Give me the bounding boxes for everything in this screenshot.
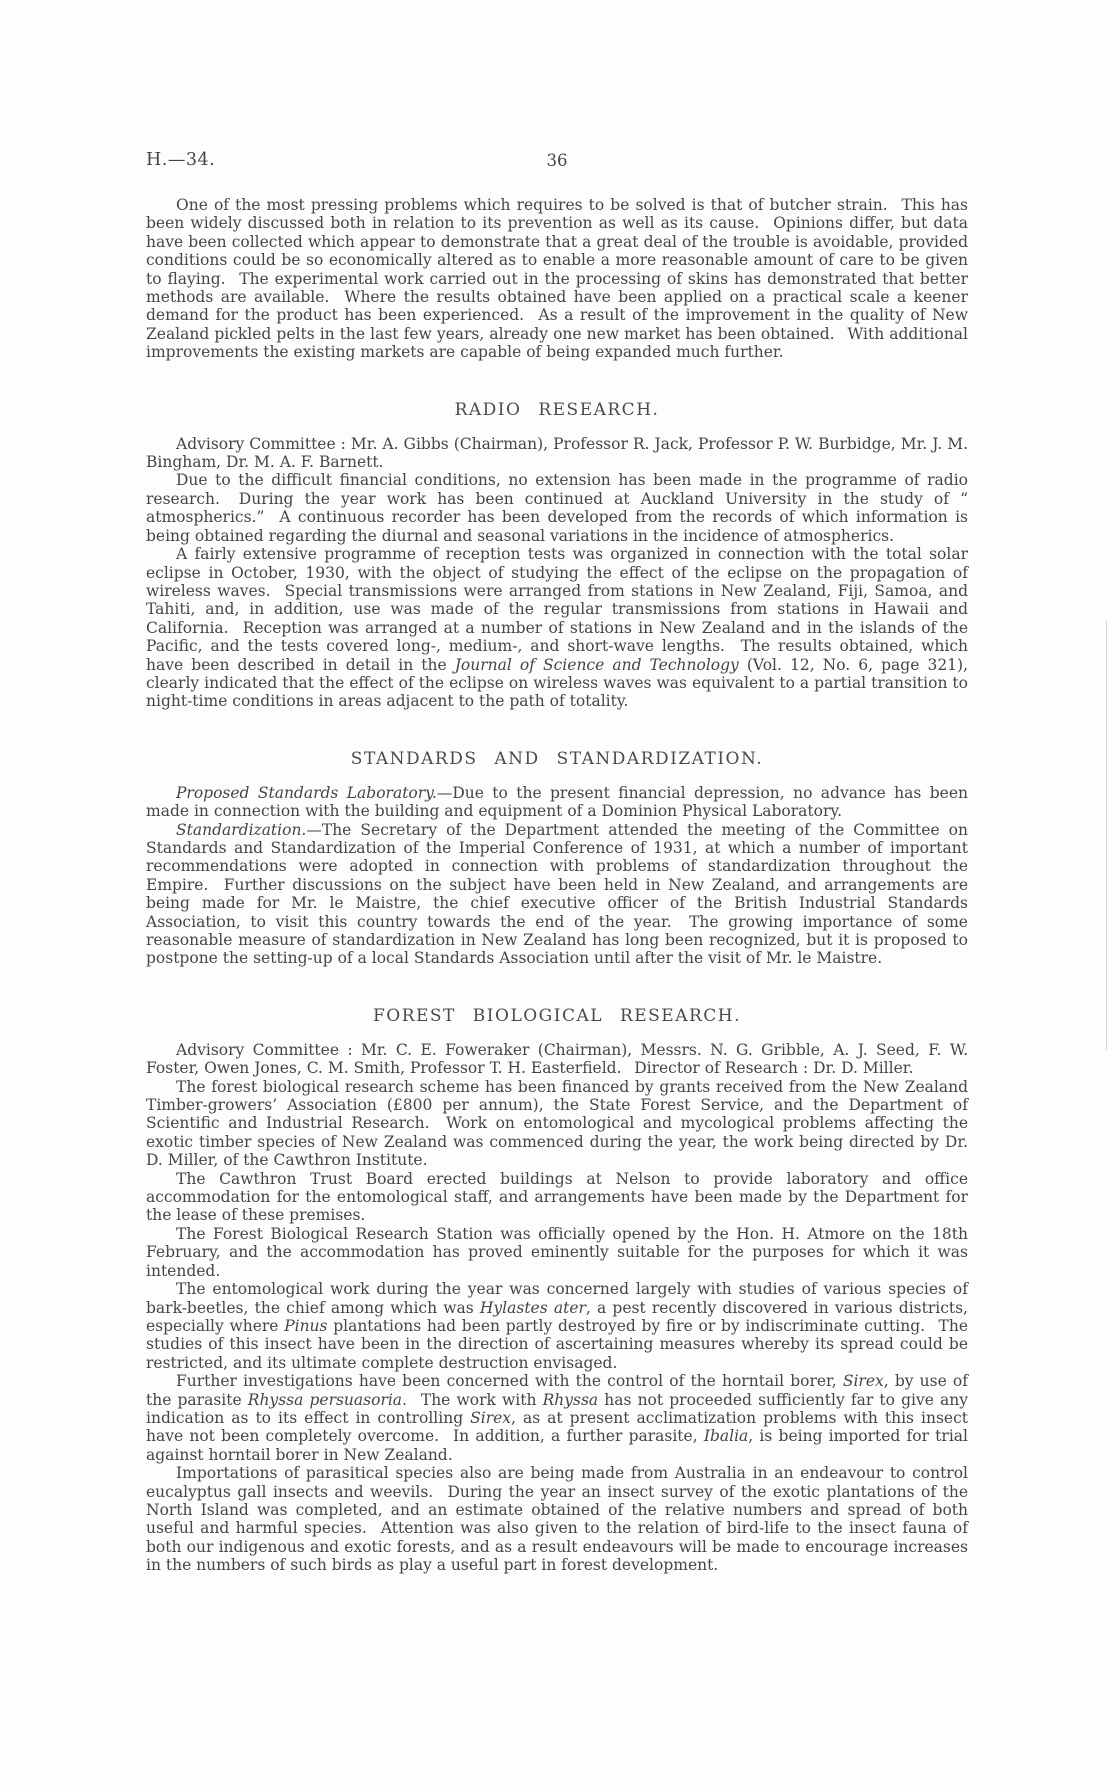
italic-text: Proposed Standards Laboratory. — [176, 784, 437, 802]
document-section: One of the most pressing problems which … — [146, 196, 968, 362]
paragraph: Importations of parasitical species also… — [146, 1464, 968, 1574]
text-run: Due to the difficult financial condition… — [146, 471, 968, 544]
text-run: The Cawthron Trust Board erected buildin… — [146, 1170, 968, 1225]
paragraph: One of the most pressing problems which … — [146, 196, 968, 362]
section-heading: FOREST BIOLOGICAL RESEARCH. — [146, 1006, 968, 1026]
paragraph: Advisory Committee : Mr. C. E. Foweraker… — [146, 1041, 968, 1078]
italic-text: Standardization. — [176, 821, 306, 839]
text-run: Further investigations have been concern… — [176, 1372, 843, 1390]
document-section: RADIO RESEARCH.Advisory Committee : Mr. … — [146, 400, 968, 711]
text-run: Advisory Committee : Mr. C. E. Foweraker… — [146, 1041, 968, 1077]
italic-text: Pinus — [284, 1317, 327, 1335]
text-run: The Forest Biological Research Station w… — [146, 1225, 968, 1280]
paragraph: Further investigations have been concern… — [146, 1372, 968, 1464]
document-section: FOREST BIOLOGICAL RESEARCH.Advisory Comm… — [146, 1006, 968, 1575]
italic-text: Ibalia — [704, 1427, 748, 1445]
running-header: H.—34. 36 — [146, 150, 968, 174]
page-body: One of the most pressing problems which … — [146, 196, 968, 1575]
section-heading: STANDARDS AND STANDARDIZATION. — [146, 749, 968, 769]
document-page: H.—34. 36 One of the most pressing probl… — [0, 0, 1114, 1789]
text-run: The forest biological research scheme ha… — [146, 1078, 968, 1170]
text-run: A fairly extensive programme of receptio… — [146, 545, 968, 673]
paragraph: Standardization.—The Secretary of the De… — [146, 821, 968, 968]
paragraph: The Cawthron Trust Board erected buildin… — [146, 1170, 968, 1225]
document-section: STANDARDS AND STANDARDIZATION.Proposed S… — [146, 749, 968, 968]
scan-artifact-line — [1106, 620, 1107, 1050]
italic-text: Rhyssa persuasoria — [248, 1391, 402, 1409]
paragraph: A fairly extensive programme of receptio… — [146, 545, 968, 711]
italic-text: Sirex — [470, 1409, 511, 1427]
text-run: One of the most pressing problems which … — [146, 196, 968, 361]
italic-text: Hylastes ater — [480, 1299, 586, 1317]
paragraph: The forest biological research scheme ha… — [146, 1078, 968, 1170]
italic-text: Rhyssa — [543, 1391, 599, 1409]
paragraph: Due to the difficult financial condition… — [146, 471, 968, 545]
paragraph: The entomological work during the year w… — [146, 1280, 968, 1372]
italic-text: Journal of Science and Technology — [455, 656, 739, 674]
paragraph: The Forest Biological Research Station w… — [146, 1225, 968, 1280]
text-run: . The work with — [402, 1391, 543, 1409]
text-run: Advisory Committee : Mr. A. Gibbs (Chair… — [146, 435, 968, 471]
paragraph: Advisory Committee : Mr. A. Gibbs (Chair… — [146, 435, 968, 472]
page-number: 36 — [146, 151, 968, 170]
section-heading: RADIO RESEARCH. — [146, 400, 968, 420]
paragraph: Proposed Standards Laboratory.—Due to th… — [146, 784, 968, 821]
text-run: Importations of parasitical species also… — [146, 1464, 968, 1574]
text-run: —The Secretary of the Department attende… — [146, 821, 968, 968]
italic-text: Sirex — [843, 1372, 884, 1390]
